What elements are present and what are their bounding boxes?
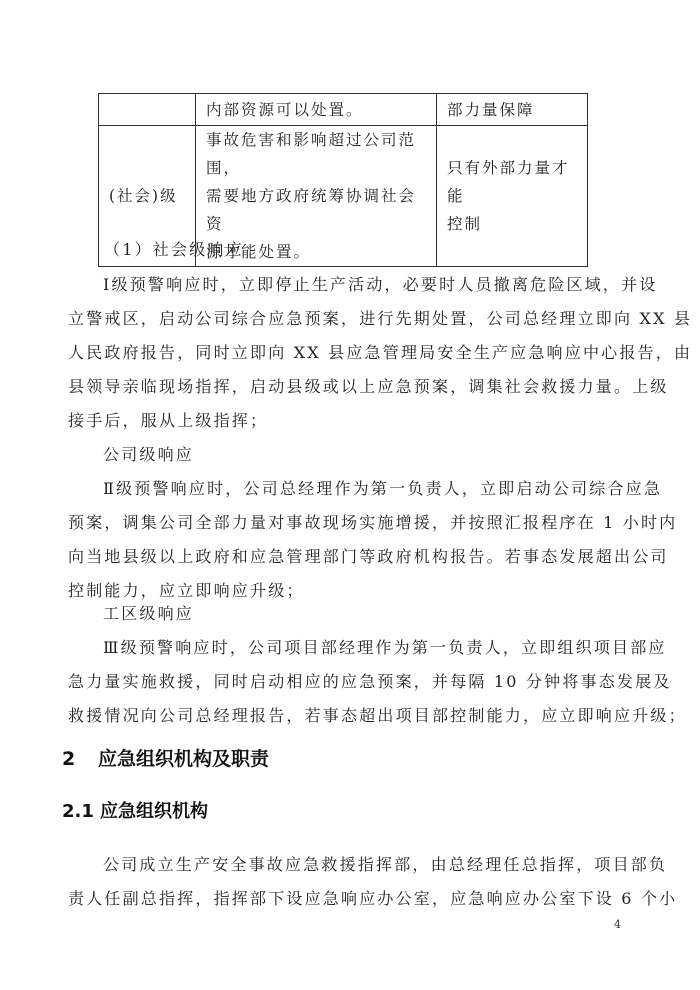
paragraph-line: 公司成立生产安全事故应急救援指挥部，由总经理任总指挥，项目部负 xyxy=(103,852,667,875)
control-line: 只有外部力量才能 xyxy=(447,154,577,210)
paragraph-line: Ⅱ级预警响应时，公司总经理作为第一负责人，立即启动公司综合应急 xyxy=(103,476,662,499)
paragraph-line: Ⅰ级预警响应时，立即停止生产活动，必要时人员撤离危险区域，并设 xyxy=(103,272,658,295)
description-cell: 内部资源可以处置。 xyxy=(196,94,437,126)
section-heading-social: （1）社会级响应 xyxy=(104,237,244,260)
control-line: 控制 xyxy=(447,210,577,238)
page-number: 4 xyxy=(614,918,621,931)
chapter-title: 应急组织机构及职责 xyxy=(98,748,269,770)
section-heading-company: 公司级响应 xyxy=(103,442,194,465)
control-cell: 只有外部力量才能 控制 xyxy=(437,126,588,267)
chapter-heading: 2应急组织机构及职责 xyxy=(62,744,269,771)
paragraph-line: 控制能力，应立即响应升级； xyxy=(68,578,305,601)
paragraph-line: Ⅲ级预警响应时，公司项目部经理作为第一负责人，立即组织项目部应 xyxy=(103,635,667,658)
paragraph-line: 立警戒区，启动公司综合应急预案，进行先期处置，公司总经理立即向 XX 县 xyxy=(68,306,692,329)
paragraph-line: 人民政府报告，同时立即向 XX 县应急管理局安全生产应急响应中心报告，由 xyxy=(68,340,692,363)
description-line: 需要地方政府统筹协调社会资 xyxy=(206,182,426,238)
subsection-title: 应急组织机构 xyxy=(100,801,208,822)
description-line: 事故危害和影响超过公司范围， xyxy=(206,126,426,182)
control-cell: 部力量保障 xyxy=(437,94,588,126)
paragraph-line: 责人任副总指挥，指挥部下设应急响应办公室，应急响应办公室下设 6 个小 xyxy=(68,886,677,909)
paragraph-line: 急力量实施救援，同时启动相应的应急预案，并每隔 10 分钟将事态发展及 xyxy=(68,669,672,692)
section-heading-workarea: 工区级响应 xyxy=(103,601,194,624)
paragraph-line: 向当地县级以上政府和应急管理部门等政府机构报告。若事态发展超出公司 xyxy=(68,544,669,567)
paragraph-line: 预案，调集公司全部力量对事故现场实施增援，并按照汇报程序在 1 小时内 xyxy=(68,510,677,533)
table-row: 内部资源可以处置。 部力量保障 xyxy=(99,94,588,126)
chapter-number: 2 xyxy=(62,748,98,770)
document-page: 内部资源可以处置。 部力量保障 (社会)级 事故危害和影响超过公司范围， 需要地… xyxy=(0,0,700,990)
subsection-heading: 2.1应急组织机构 xyxy=(62,797,208,823)
paragraph-line: 接手后，服从上级指挥； xyxy=(68,408,268,431)
subsection-number: 2.1 xyxy=(62,801,100,822)
level-cell xyxy=(99,94,196,126)
paragraph-line: 县领导亲临现场指挥，启动县级或以上应急预案，调集社会救援力量。上级 xyxy=(68,374,669,397)
paragraph-line: 救援情况向公司总经理报告，若事态超出项目部控制能力，应立即响应升级； xyxy=(68,703,687,726)
